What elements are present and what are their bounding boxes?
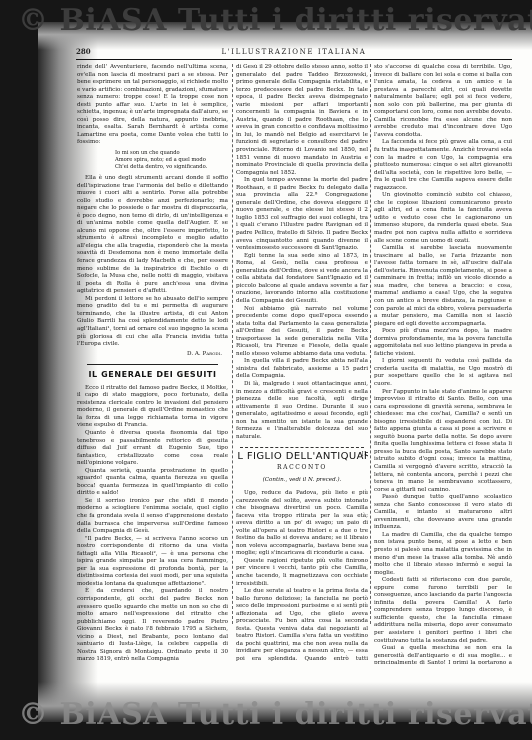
article-paragraph: Ecco il ritratto del famoso padre Beckx,…: [77, 385, 228, 430]
verse-line: Amore spira, noto; ed a quel modo: [115, 157, 228, 164]
article-paragraph: "Il padre Beckx, — si scriveva l'anno sc…: [77, 536, 228, 589]
story-paragraph: sto s'accorse di qualche cosa di terribi…: [374, 64, 512, 139]
watermark-top: © BiASA Tutti i diritti riservati: [18, 3, 532, 38]
section-title: IL GENERALE DEI GESUITI: [77, 371, 228, 379]
column-divider: [370, 64, 371, 624]
story-paragraph: Ugo, reduce da Padova, più lieto e più c…: [236, 490, 368, 558]
author-signature: D. A. Parodi.: [77, 351, 222, 359]
watermark-bottom: © BiASA Tutti i diritti riservati: [18, 697, 532, 732]
column-2: di Gesù il 29 ottobre dello stesso anno,…: [236, 64, 368, 664]
story-subtitle: RACCONTO: [236, 464, 368, 472]
story-paragraph: Guai a quella meschina se non era la gen…: [374, 645, 512, 664]
story-paragraph: Codesti fatti si riferiscono con due par…: [374, 577, 512, 645]
story-paragraph: Camilla si sarebbe lasciata nuovamente t…: [374, 245, 512, 328]
story-paragraph: Per l'appunto in tale stato d'animo le a…: [374, 389, 512, 495]
story-paragraph: Poco più d'una mezz'ora dopo, la madre d…: [374, 328, 512, 358]
article-paragraph: Di là, malgrado i suoi ottantacinque ann…: [236, 381, 368, 441]
section-divider: [87, 364, 218, 365]
running-title: L'ILLUSTRAZIONE ITALIANA: [76, 48, 512, 56]
verse-line: Io mi son un che quando: [115, 150, 228, 157]
article-paragraph: Egli tenne la sua sede sino al 1873, in …: [236, 253, 368, 306]
header-rule: [76, 59, 512, 60]
column-3: sto s'accorse di qualche cosa di terribi…: [374, 64, 512, 664]
article-paragraph: rinde dell' Avventuriere, facendo nell'u…: [77, 64, 228, 147]
article-paragraph: Ella è uno degli strumenti arcani donde …: [77, 175, 228, 296]
story-paragraph: La madre di Camilla, che da qualche temp…: [374, 532, 512, 577]
page-header: 280 L'ILLUSTRAZIONE ITALIANA: [76, 47, 512, 61]
verse-quote: Io mi son un che quando Amore spira, not…: [115, 150, 228, 171]
story-paragraph: Queste ragioni ripetute più volte finiro…: [236, 558, 368, 588]
column-divider: [232, 64, 233, 624]
article-paragraph: In quella villa il padre Beckx abita nel…: [236, 358, 368, 381]
story-paragraph: La faccenda si fece più grave alla cena,…: [374, 139, 512, 192]
footnote-marker: [1]: [362, 451, 368, 459]
article-paragraph: In quel tempo avvenne la morte del padre…: [236, 177, 368, 252]
column-1: rinde dell' Avventuriere, facendo nell'u…: [77, 64, 228, 664]
article-paragraph: Se il sorriso ironico par che sfidi il m…: [77, 498, 228, 536]
article-paragraph: di Gesù il 29 ottobre dello stesso anno,…: [236, 64, 368, 177]
story-paragraph: Un giovinotto cominciò subito col chiass…: [374, 192, 512, 245]
continuation-note: (Contin., vedi il N. preced.).: [236, 477, 368, 485]
story-title: IL FIGLIO DELL'ANTIQUARIO [1]: [236, 453, 368, 461]
story-title-text: IL FIGLIO DELL'ANTIQUARIO: [236, 451, 368, 462]
article-paragraph: Quanta serietà, quanta prostrazione in q…: [77, 468, 228, 498]
article-paragraph: Noi abbiamo già narrato nel volume prece…: [236, 306, 368, 359]
article-paragraph: Quanto è diversa questa fisonomia dal ti…: [77, 430, 228, 468]
section-divider: [240, 447, 364, 448]
article-paragraph: Mi perdoni il lettore se ho abusato dell…: [77, 296, 228, 349]
story-paragraph: I giorni seguenti fu veduta così pallida…: [374, 358, 512, 388]
story-paragraph: Passò dunque tutto quell'anno scolastico…: [374, 494, 512, 532]
article-paragraph: È da credersi che, guardando il nostro c…: [77, 588, 228, 663]
verse-line: Ch'ei detta dentro, vo significando.: [115, 164, 228, 171]
story-paragraph: Le due serate al teatro e la prima festa…: [236, 588, 368, 664]
